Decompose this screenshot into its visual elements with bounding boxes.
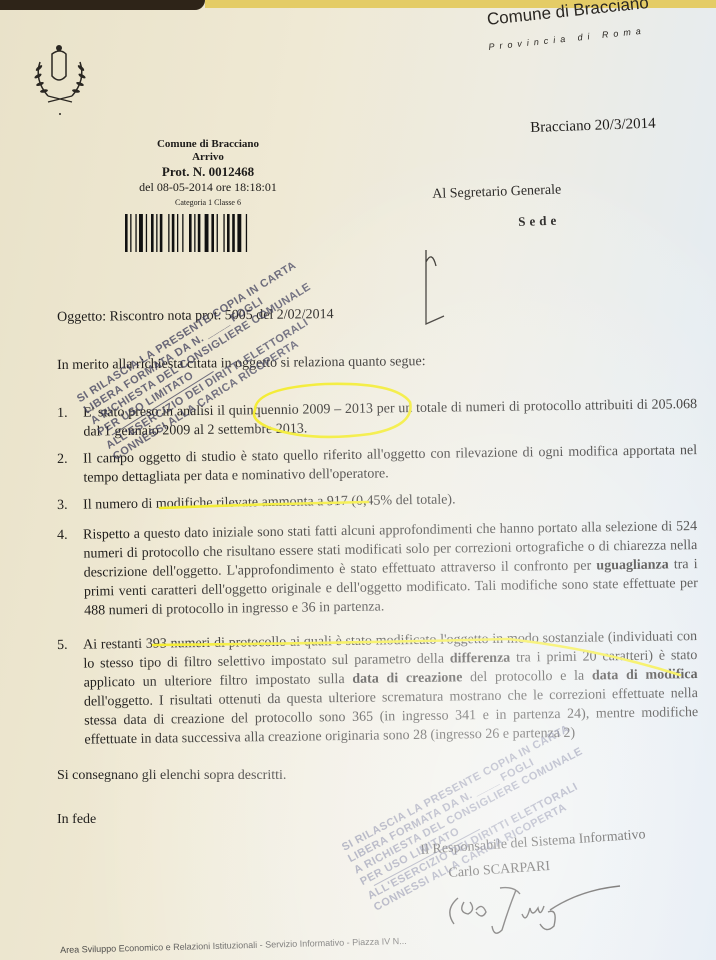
protocol-datetime: del 08-05-2014 ore 18:18:01 [118,180,298,194]
protocol-category: Categoria 1 Classe 6 [118,198,298,208]
item-text: Rispetto a questo dato iniziale sono sta… [83,517,698,621]
handwritten-mark-icon [420,248,450,328]
recipient-line: Al Segretario Generale [432,182,562,202]
list-item: 4. Rispetto a questo dato iniziale sono … [57,517,698,621]
barcode-icon [125,214,273,252]
list-item: 5. Ai restanti 393 numeri di protocollo … [57,627,699,750]
letter-date: Bracciano 20/3/2014 [530,116,656,137]
sign-off: In fede [57,812,96,828]
recipient-location: Sede [518,213,561,230]
item-text: Ai restanti 393 numeri di protocollo ai … [83,627,699,750]
protocol-stamp: Comune di Bracciano Arrivo Prot. N. 0012… [118,138,298,208]
footer-address: Area Sviluppo Economico e Relazioni Isti… [60,936,407,955]
letterhead-province: Provincia di Roma [488,25,646,51]
item-text: Il campo oggetto di studio è stato quell… [83,441,697,488]
protocol-organization: Comune di Bracciano [118,138,298,151]
list-item: 3. Il numero di modifiche rilevate ammon… [57,487,697,515]
background-dark-region [0,0,205,10]
protocol-number: Prot. N. 0012468 [118,164,298,180]
handwritten-signature-icon [430,880,630,950]
item-text: Il numero di modifiche rilevate ammonta … [83,487,697,515]
list-item: 2. Il campo oggetto di studio è stato qu… [57,441,697,488]
closing-line: Si consegnano gli elenchi sopra descritt… [57,768,286,784]
protocol-type: Arrivo [118,151,298,164]
municipal-crest-icon [30,40,90,120]
